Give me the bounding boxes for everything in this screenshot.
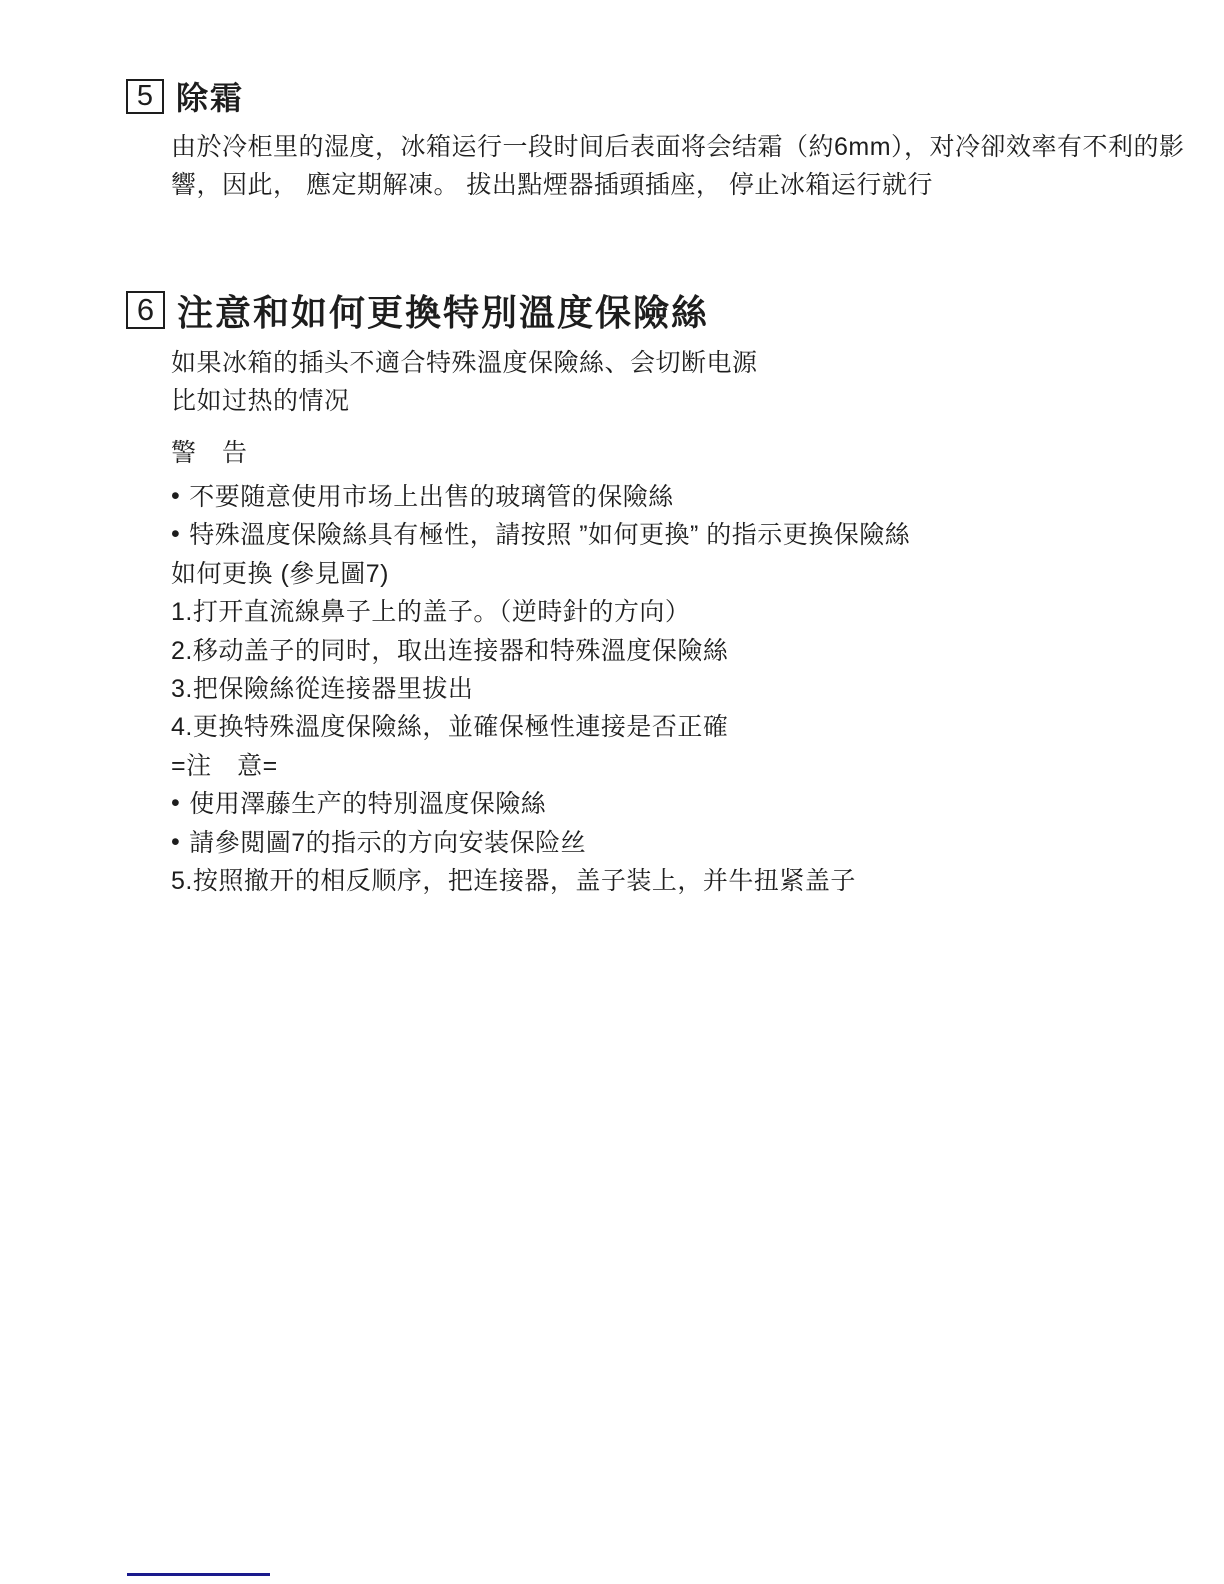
section-title: 注意和如何更換特別溫度保險絲 xyxy=(177,285,709,336)
bullet-item: •特殊溫度保險絲具有極性，請按照 ”如何更換” 的指示更換保險絲 xyxy=(171,516,1224,554)
fuse-intro: 如果冰箱的插头不適合特殊溫度保險絲、会切断电源 比如过热的情况 xyxy=(171,344,1224,421)
bullet-text: 請參閲圖7的指示的方向安装保险丝 xyxy=(189,829,586,857)
section-defrost: 5 除霜 由於冷柜里的湿度，冰箱运行一段时间后表面将会结霜（約6mm），对冷卻效… xyxy=(0,0,1224,205)
bullet-icon: • xyxy=(171,515,180,553)
step-line: 5.按照撤开的相反顺序，把连接器，盖子装上，并牛扭紧盖子 xyxy=(171,862,1224,900)
bullet-icon: • xyxy=(171,823,180,861)
manual-page: 5 除霜 由於冷柜里的湿度，冰箱运行一段时间后表面将会结霜（約6mm），对冷卻效… xyxy=(0,0,1224,1584)
note-heading: =注 意= xyxy=(171,747,1224,785)
bullet-text: 不要随意使用市场上出售的玻璃管的保險絲 xyxy=(189,483,674,511)
section-fuse: 6 注意和如何更換特別溫度保險絲 如果冰箱的插头不適合特殊溫度保險絲、会切断电源… xyxy=(0,285,1224,901)
bullet-text: 使用澤藤生产的特別溫度保險絲 xyxy=(189,790,546,818)
paragraph-line: 如果冰箱的插头不適合特殊溫度保險絲、会切断电源 xyxy=(171,344,1224,382)
fuse-instructions: •不要随意使用市场上出售的玻璃管的保險絲 •特殊溫度保險絲具有極性，請按照 ”如… xyxy=(171,478,1224,900)
defrost-paragraph: 由於冷柜里的湿度，冰箱运行一段时间后表面将会结霜（約6mm），对冷卻效率有不利的… xyxy=(171,128,1224,205)
warning-heading: 警 告 xyxy=(171,434,1224,472)
step-line: 4.更换特殊溫度保險絲，並確保極性連接是否正確 xyxy=(171,708,1224,746)
section-number-box: 6 xyxy=(126,291,165,329)
how-to-heading: 如何更換 (參見圖7) xyxy=(171,555,1224,593)
section-title: 除霜 xyxy=(176,73,244,119)
paragraph-line: 由於冷柜里的湿度，冰箱运行一段时间后表面将会结霜（約6mm），对冷卻效率有不利的… xyxy=(171,128,1224,166)
warning-heading-text: 警 告 xyxy=(171,434,1224,472)
paragraph-line: 響，因此， 應定期解凍。 拔出點煙器插頭插座， 停止冰箱运行就行 xyxy=(171,166,1224,204)
bullet-item: •不要随意使用市场上出售的玻璃管的保險絲 xyxy=(171,478,1224,516)
section-number-box: 5 xyxy=(126,79,164,114)
section-number: 6 xyxy=(137,292,154,328)
bullet-item: •使用澤藤生产的特別溫度保險絲 xyxy=(171,785,1224,823)
step-line: 3.把保險絲從连接器里拔出 xyxy=(171,670,1224,708)
bullet-icon: • xyxy=(171,477,180,515)
paragraph-line: 比如过热的情况 xyxy=(171,382,1224,420)
step-line: 1.打开直流線鼻子上的盖子。（逆時針的方向） xyxy=(171,593,1224,631)
bullet-item: •請參閲圖7的指示的方向安装保险丝 xyxy=(171,824,1224,862)
section-fuse-heading: 6 注意和如何更換特別溫度保險絲 xyxy=(126,285,1224,336)
section-number: 5 xyxy=(137,80,153,113)
bullet-text: 特殊溫度保險絲具有極性，請按照 ”如何更換” 的指示更換保險絲 xyxy=(189,521,910,549)
step-line: 2.移动盖子的同时，取出连接器和特殊溫度保險絲 xyxy=(171,632,1224,670)
section-defrost-heading: 5 除霜 xyxy=(126,73,1224,119)
bullet-icon: • xyxy=(171,784,180,822)
footer-accent-line xyxy=(127,1573,270,1576)
